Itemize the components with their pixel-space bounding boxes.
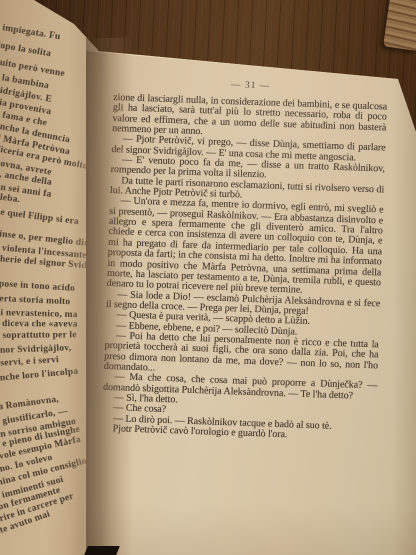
book-photograph: o impiegata. Fu dopo la solita guito per… [0,0,416,555]
page-text-block: zione di lasciargli nulla, in consideraz… [101,93,387,444]
book-corner-edge [383,0,416,51]
gutter-gap-shadow [84,546,120,555]
main-book-page: — 31 — zione di lasciargli nulla, in con… [80,0,416,555]
page-content: — 31 — zione di lasciargli nulla, in con… [101,76,387,444]
paragraph: — Un'ora e mezza fa, mentre io dormivo, … [107,196,384,299]
